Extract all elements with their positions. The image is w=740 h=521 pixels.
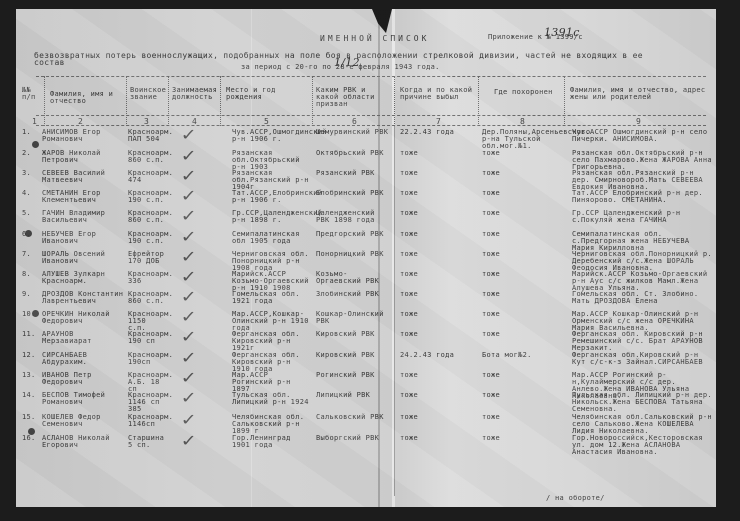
check-mark-icon: ✓: [181, 348, 197, 367]
column-header: Когда и по какой причине выбыл: [400, 87, 476, 101]
cell-buried: тоже: [482, 311, 562, 318]
cell-buried: тоже: [482, 170, 562, 177]
cell-kin: Чув.АССР Ошмогдинский р-н село Пичерки. …: [572, 129, 712, 143]
cell-rvk: Липицкий РВК: [316, 392, 392, 399]
column-header: Занимаемая должность: [172, 87, 220, 101]
cell-n: 9.: [22, 291, 42, 298]
document-title: ИМЕННОЙ СПИСОК: [320, 35, 429, 42]
cell-rank: Красноарм. 190 с.п.: [128, 190, 168, 204]
cell-kin: Гор.Новороссийск,Кесторовская ул. дом 12…: [572, 435, 712, 456]
cell-birth: Челябинская обл. Сальковский р-н 1899 г: [232, 414, 312, 435]
cell-rvk: Понорницкий РВК: [316, 251, 392, 258]
check-mark-icon: ✓: [181, 125, 197, 144]
cell-name: БЕСПОВ Тимофей Романович: [42, 392, 126, 406]
cell-birth: Мар.АССР,Кошкар-Олинский р-н 1910 года: [232, 311, 312, 332]
check-mark-icon: ✓: [181, 307, 197, 326]
cell-rvk: Елобринский РВК: [316, 190, 392, 197]
cell-rank: Красноарм. 1150 с.п.: [128, 311, 168, 332]
cell-when: тоже: [400, 372, 476, 379]
cell-rank: Красноарм. 190сп: [128, 352, 168, 366]
binding-hole: [32, 141, 39, 148]
cell-kin: Тульская обл. Липицкий р-н дер. Никольск…: [572, 392, 712, 413]
cell-name: АРАУНОВ Мерзавиарат: [42, 331, 126, 345]
cell-birth: Ферганская обл. Кировский р-н 1921г: [232, 331, 312, 352]
cell-rank: Красноарм. 1146сп: [128, 414, 168, 428]
cell-rvk: Предгорский РВК: [316, 231, 392, 238]
column-header: Где похоронен: [494, 89, 564, 96]
column-number: 6: [352, 117, 357, 126]
cell-kin: Марийск.АССР Козьмо-Оргаевский р-н Аус с…: [572, 271, 712, 292]
cell-name: ГАЧИН Владимир Васильевич: [42, 210, 126, 224]
cell-rvk: Кошкар-Олинский РВК: [316, 311, 392, 325]
column-header: Место и год рождения: [226, 87, 312, 101]
cell-birth: Ферганская обл. Кировский р-н 1910 года: [232, 352, 312, 373]
cell-rvk: Злобинский РВК: [316, 291, 392, 298]
cell-when: 22.2.43 года: [400, 129, 476, 136]
cell-buried: тоже: [482, 331, 562, 338]
cell-n: 5.: [22, 210, 42, 217]
cell-rank: Красноарм. 474: [128, 170, 168, 184]
cell-name: СИРСАНБАЕВ Абдурахим.: [42, 352, 126, 366]
cell-buried: тоже: [482, 372, 562, 379]
cell-when: тоже: [400, 271, 476, 278]
cell-rank: Красноарм. А.Б. 18 сп: [128, 372, 168, 393]
document-page: ИМЕННОЙ СПИСОК Приложение к № 1399/с 139…: [16, 9, 716, 507]
cell-when: тоже: [400, 251, 476, 258]
cell-buried: тоже: [482, 150, 562, 157]
cell-name: АНИСИМОВ Егор Романович: [42, 129, 126, 143]
cell-rvk: Сальковский РВК: [316, 414, 392, 421]
cell-rank: Красноарм. 190 сп: [128, 331, 168, 345]
cell-rvk: Цалендженский РВК 1898 года: [316, 210, 392, 224]
cell-when: тоже: [400, 190, 476, 197]
handwritten-number: 1391с: [544, 29, 580, 36]
cell-buried: тоже: [482, 414, 562, 421]
cell-kin: Гомельская обл. Ст. Злобино. Мать ДРОЗДО…: [572, 291, 712, 305]
cell-name: ИВАНОВ Петр Федорович: [42, 372, 126, 386]
cell-rank: Красноарм. 1146 сп 385: [128, 392, 168, 413]
cell-kin: Рязанская обл.Октябрьский р-н село Пахма…: [572, 150, 712, 171]
header-rule: [36, 115, 706, 116]
cell-name: ОРЕЧКИН Николай Федорович: [42, 311, 126, 325]
cell-n: 2.: [22, 150, 42, 157]
check-mark-icon: ✓: [181, 206, 197, 225]
cell-n: 8.: [22, 271, 42, 278]
cell-name: ЖАРОВ Николай Петрович: [42, 150, 126, 164]
cell-birth: Черниговская обл. Понорницкий р-н 1908 г…: [232, 251, 312, 272]
cell-buried: тоже: [482, 231, 562, 238]
check-mark-icon: ✓: [181, 410, 197, 429]
header-rule: [36, 125, 706, 126]
cell-name: СМЕТАНИН Егор Клементьевич: [42, 190, 126, 204]
column-number: 2: [78, 117, 83, 126]
cell-buried: тоже: [482, 190, 562, 197]
cell-rank: Красноарм. 336: [128, 271, 168, 285]
cell-kin: Гр.ССР Цалендженский р-н с.Покуляй жена …: [572, 210, 712, 224]
cell-rank: Красноарм. 190 с.п.: [128, 231, 168, 245]
cell-when: тоже: [400, 414, 476, 421]
cell-when: тоже: [400, 331, 476, 338]
cell-name: АЛУШЕВ Зулкарн Красноарм.: [42, 271, 126, 285]
column-header: Фамилия, имя и отчество, адрес жены или …: [570, 87, 710, 101]
cell-rank: Красноарм. 860 с.п.: [128, 150, 168, 164]
cell-kin: Челябинская обл.Сальковский р-н село Сал…: [572, 414, 712, 435]
cell-kin: Рязанская обл.Рязанский р-н дер. Смирнов…: [572, 170, 712, 191]
cell-birth: Рязанская обл.Октябрьский р-н 1903: [232, 150, 312, 171]
cell-rank: Красноарм. ПАП 504: [128, 129, 168, 143]
column-header: №№ п/п: [22, 87, 44, 101]
cell-name: СЕВЕЕВ Василий Матвеевич: [42, 170, 126, 184]
cell-name: ДРОЗДОВ Константин Лаврентьевич: [42, 291, 126, 305]
footer-note: / на обороте/: [546, 495, 605, 502]
cell-n: 3.: [22, 170, 42, 177]
header-rule: [36, 76, 706, 77]
cell-buried: тоже: [482, 210, 562, 217]
cell-n: 12.: [22, 352, 42, 359]
cell-rvk: Кировский РВК: [316, 352, 392, 359]
check-mark-icon: ✓: [181, 327, 197, 346]
cell-kin: Ферганская обл.Кировский р-н Кут с/с-к-з…: [572, 352, 712, 366]
cell-rvk: Кировский РВК: [316, 331, 392, 338]
cell-n: 15.: [22, 414, 42, 421]
cell-rank: Старшина 5 сп.: [128, 435, 168, 449]
cell-kin: Тат.АССР Елобринский р-н дер. Пиняорово.…: [572, 190, 712, 204]
column-number: 5: [264, 117, 269, 126]
check-mark-icon: ✓: [181, 166, 197, 185]
check-mark-icon: ✓: [181, 146, 197, 165]
cell-when: тоже: [400, 210, 476, 217]
column-header: Воинское звание: [130, 87, 168, 101]
cell-when: тоже: [400, 392, 476, 399]
cell-buried: тоже: [482, 435, 562, 442]
paper-tear: [372, 9, 392, 33]
cell-n: 10.: [22, 311, 42, 318]
cell-birth: Семипалатинская обл 1905 года: [232, 231, 312, 245]
check-mark-icon: ✓: [181, 431, 197, 450]
cell-rvk: Козьмо-Оргаевский РВК: [316, 271, 392, 285]
check-mark-icon: ✓: [181, 247, 197, 266]
cell-rvk: Шемурвинский РВК: [316, 129, 392, 136]
cell-name: АСЛАНОВ Николай Егорович: [42, 435, 126, 449]
cell-when: 24.2.43 года: [400, 352, 476, 359]
cell-kin: Мар.АССР Кошкар-Олинский р-н Орменский с…: [572, 311, 712, 332]
cell-when: тоже: [400, 435, 476, 442]
cell-n: 4.: [22, 190, 42, 197]
handwritten-date: 1/12: [334, 59, 360, 66]
cell-birth: Гомельская обл. 1921 года: [232, 291, 312, 305]
cell-n: 6.: [22, 231, 42, 238]
cell-rvk: Рязанский РВК: [316, 170, 392, 177]
cell-n: 13.: [22, 372, 42, 379]
cell-buried: тоже: [482, 271, 562, 278]
cell-n: 16.: [22, 435, 42, 442]
column-number: 9: [636, 117, 641, 126]
cell-when: тоже: [400, 231, 476, 238]
column-number: 8: [520, 117, 525, 126]
cell-birth: Марийск.АССР Козьмо-Оргаевский р-н 1910 …: [232, 271, 312, 292]
column-number: 3: [144, 117, 149, 126]
column-header: Фамилия, имя и отчество: [50, 91, 120, 105]
cell-rank: Красноарм. 860 с.п.: [128, 210, 168, 224]
check-mark-icon: ✓: [181, 227, 197, 246]
cell-buried: Дер.Поляны,Арсеньевского р-на Тульской о…: [482, 129, 562, 150]
cell-buried: тоже: [482, 291, 562, 298]
cell-rvk: Октябрьский РВК: [316, 150, 392, 157]
column-number: 1: [32, 117, 37, 126]
cell-birth: Чув.АССР,Ошмогдинский р-н 1906 г.: [232, 129, 312, 143]
check-mark-icon: ✓: [181, 368, 197, 387]
cell-kin: Черниговская обл.Понорницкий р. Деребенс…: [572, 251, 712, 272]
cell-birth: Рязанская обл.Рязанский р-н 1904г: [232, 170, 312, 191]
cell-when: тоже: [400, 170, 476, 177]
cell-buried: Бота мог№2.: [482, 352, 562, 359]
cell-rvk: Выборгский РВК: [316, 435, 392, 442]
cell-birth: Гр.ССР,Цалендженский р-н 1898 г.: [232, 210, 312, 224]
cell-name: ШОРАЛЬ Овсений Иванович: [42, 251, 126, 265]
check-mark-icon: ✓: [181, 267, 197, 286]
cell-kin: Семипалатинская обл. с.Предгорная жена Н…: [572, 231, 712, 252]
cell-birth: Тат.АССР,Елобринский р-н 1906 г.: [232, 190, 312, 204]
cell-name: НЕБУЧЕВ Егор Иванович: [42, 231, 126, 245]
check-mark-icon: ✓: [181, 186, 197, 205]
cell-birth: Тульская обл. Липицкий р-н 1924: [232, 392, 312, 406]
cell-rank: Ефрейтор 170 ДОБ: [128, 251, 168, 265]
cell-n: 11.: [22, 331, 42, 338]
check-mark-icon: ✓: [181, 388, 197, 407]
cell-n: 7.: [22, 251, 42, 258]
cell-name: КОШЕЛЕВ Федор Семенович: [42, 414, 126, 428]
cell-birth: Гор.Ленинград 1901 года: [232, 435, 312, 449]
cell-buried: тоже: [482, 251, 562, 258]
cell-kin: Ферганская обл. Кировский р-н Ремешински…: [572, 331, 712, 352]
cell-n: 1.: [22, 129, 42, 136]
cell-rvk: Рогинский РВК: [316, 372, 392, 379]
cell-when: тоже: [400, 291, 476, 298]
cell-n: 14.: [22, 392, 42, 399]
cell-when: тоже: [400, 311, 476, 318]
cell-buried: тоже: [482, 392, 562, 399]
fold-line: [378, 9, 380, 507]
cell-rank: Красноарм. 860 с.п.: [128, 291, 168, 305]
cell-birth: Мар.АССР Рогинский р-н 1897: [232, 372, 312, 393]
column-number: 7: [436, 117, 441, 126]
column-header: Каким РВК и какой области призван: [316, 87, 392, 108]
cell-when: тоже: [400, 150, 476, 157]
check-mark-icon: ✓: [181, 287, 197, 306]
